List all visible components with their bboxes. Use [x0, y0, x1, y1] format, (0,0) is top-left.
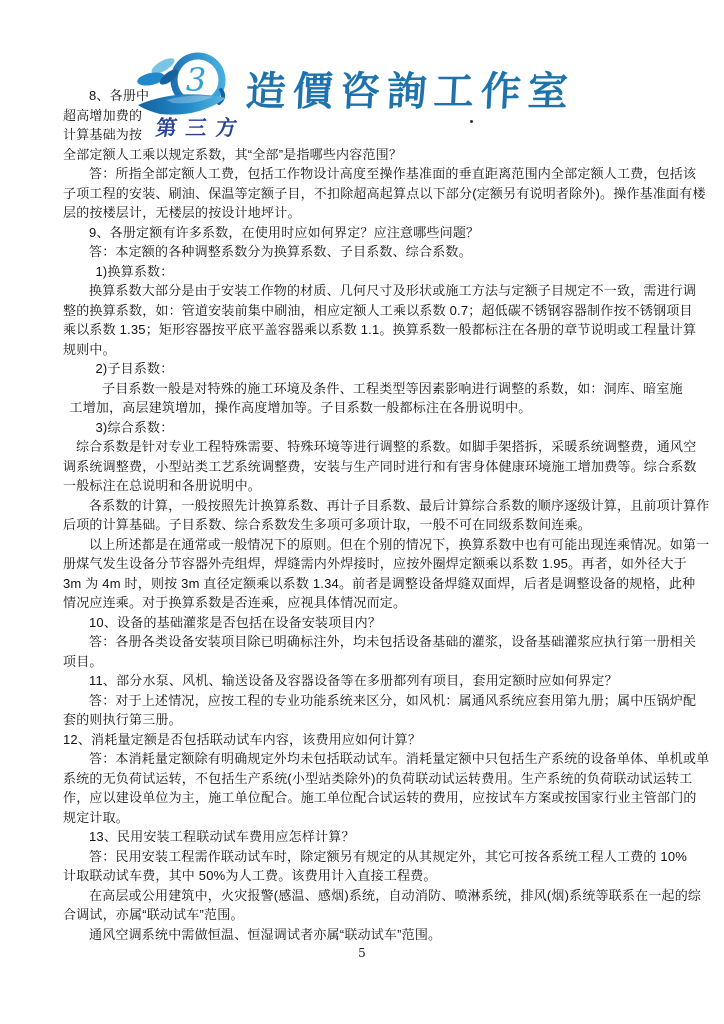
- text-line: 层的按楼层计，无楼层的按设计地坪计。: [63, 203, 703, 223]
- text-line: 一般标注在总说明和各册说明中。: [63, 476, 703, 496]
- text-line: 8、各册中: [63, 86, 703, 106]
- text-line: 以上所述都是在通常或一般情况下的原则。但在个别的情况下，换算系数中也有可能出现连…: [63, 535, 703, 555]
- text-line: 全部定额人工乘以规定系数，其“全部”是指哪些内容范围？: [63, 145, 703, 165]
- text-line: 计取联动试车费，其中 50%为人工费。该费用计入直接工程费。: [63, 866, 703, 886]
- text-line: 1)换算系数：: [63, 262, 703, 282]
- text-line: 调系统调整费，小型站类工艺系统调整费，安装与生产同时进行和有害身体健康环境施工增…: [63, 457, 703, 477]
- text-line: 11、部分水泵、风机、输送设备及容器设备等在多册都列有项目，套用定额时应如何界定…: [63, 671, 703, 691]
- text-line: 答：本定额的各种调整系数分为换算系数、子目系数、综合系数。: [63, 242, 703, 262]
- text-line: 乘以系数 1.35；矩形容器按平底平盖容器乘以系数 1.1。换算系数一般都标注在…: [63, 320, 703, 340]
- text-line: 答：对于上述情况，应按工程的专业功能系统来区分，如风机：属通风系统应套用第九册；…: [63, 691, 703, 711]
- text-line: 册煤气发生设备分节容器外壳组焊，焊缝需内外焊接时，应按外圈焊定额乘以系数 1.9…: [63, 554, 703, 574]
- text-line: 答：各册各类设备安装项目除已明确标注外，均未包括设备基础的灌浆，设备基础灌浆应执…: [63, 632, 703, 652]
- text-line: 答：本消耗量定额除有明确规定外均未包括联动试车。消耗量定额中只包括生产系统的设备…: [63, 749, 703, 769]
- text-line: 10、设备的基础灌浆是否包括在设备安装项目内？: [63, 613, 703, 633]
- text-line: 规定计取。: [63, 808, 703, 828]
- text-line: 计算基础为按: [63, 125, 703, 145]
- text-line: 各系数的计算，一般按照先计换算系数、再计子目系数、最后计算综合系数的顺序逐级计算…: [63, 496, 703, 516]
- text-line: 在高层或公用建筑中，火灾报警(感温、感烟)系统，自动消防、喷淋系统，排风(烟)系…: [63, 886, 703, 906]
- text-line: 情况应连乘。对于换算系数是否连乘，应视具体情况而定。: [63, 593, 703, 613]
- text-line: 3m 为 4m 时，则按 3m 直径定额乘以系数 1.34。前者是调整设备焊缝双…: [63, 574, 703, 594]
- text-line: 9、各册定额有许多系数，在使用时应如何界定？应注意哪些问题？: [63, 223, 703, 243]
- text-line: 合调试，亦属“联动试车”范围。: [63, 905, 703, 925]
- text-line: 12、消耗量定额是否包括联动试车内容，该费用应如何计算？: [63, 730, 703, 750]
- text-line: 套的则执行第三册。: [63, 710, 703, 730]
- text-line: 作，应以建设单位为主，施工单位配合。施工单位配合试运转的费用，应按试车方案或按国…: [63, 788, 703, 808]
- text-line: 子项工程的安装、刷油、保温等定额子目，不扣除超高起算点以下部分(定额另有说明者除…: [63, 184, 703, 204]
- text-line: 综合系数是针对专业工程特殊需要、特殊环境等进行调整的系数。如脚手架搭拆，采暖系统…: [63, 437, 703, 457]
- text-line: 系统的无负荷试运转，不包括生产系统(小型站类除外)的负荷联动试运转费用。生产系统…: [63, 769, 703, 789]
- document-page: 3 第三方 造價咨詢工作室 8、各册中超高增加费的计算基础为按全部定额人工乘以规…: [0, 0, 724, 1024]
- text-line: 项目。: [63, 652, 703, 672]
- text-line: 子目系数一般是对特殊的施工环境及条件、工程类型等因素影响进行调整的系数，如：洞库…: [63, 379, 703, 399]
- text-line: 后项的计算基础。子目系数、综合系数发生多项可多项计取，一般不可在同级系数间连乘。: [63, 515, 703, 535]
- text-line: 3)综合系数：: [63, 418, 703, 438]
- text-line: 换算系数大部分是由于安装工作物的材质、几何尺寸及形状或施工方法与定额子目规定不一…: [63, 281, 703, 301]
- text-line: 整的换算系数，如：管道安装前集中刷油，相应定额人工乘以系数 0.7；超低碳不锈钢…: [63, 301, 703, 321]
- text-line: 答：民用安装工程需作联动试车时，除定额另有规定的从其规定外，其它可按各系统工程人…: [63, 847, 703, 867]
- text-line: 答：所指全部定额人工费，包括工作物设计高度至操作基准面的垂直距离范围内全部定额人…: [63, 164, 703, 184]
- page-number: 5: [0, 946, 724, 960]
- document-body: 8、各册中超高增加费的计算基础为按全部定额人工乘以规定系数，其“全部”是指哪些内…: [63, 86, 703, 944]
- text-line: 13、民用安装工程联动试车费用应怎样计算？: [63, 827, 703, 847]
- text-line: 2)子目系数：: [63, 359, 703, 379]
- text-line: 规则中。: [63, 340, 703, 360]
- text-line: 超高增加费的: [63, 106, 703, 126]
- text-line: 工增加，高层建筑增加，操作高度增加等。子目系数一般都标注在各册说明中。: [63, 398, 703, 418]
- text-line: 通风空调系统中需做恒温、恒湿调试者亦属“联动试车”范围。: [63, 925, 703, 945]
